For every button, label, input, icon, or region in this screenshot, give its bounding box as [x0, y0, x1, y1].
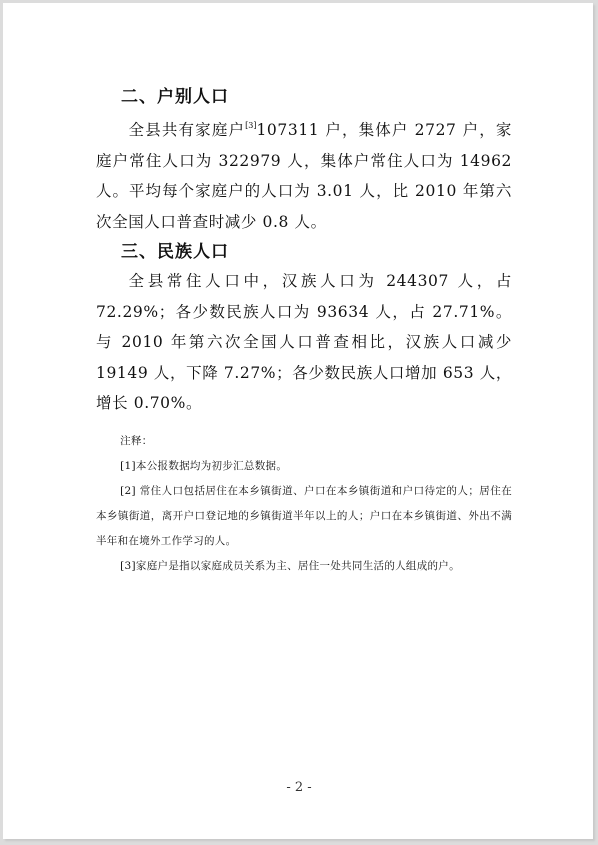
paragraph-ethnic: 全县常住人口中，汉族人口为 244307 人，占 72.29%；各少数民族人口为… — [96, 266, 512, 419]
section-heading-household: 二、户别人口 — [121, 82, 229, 107]
note-item-1: [1]本公报数据均为初步汇总数据。 — [96, 454, 512, 479]
notes-section: 注释： [1]本公报数据均为初步汇总数据。 [2] 常住人口包括居住在本乡镇街道… — [96, 429, 512, 579]
paragraph-household: 全县共有家庭户[3]107311 户，集体户 2727 户，家庭户常住人口为 3… — [96, 111, 512, 237]
note-item-3: [3]家庭户是指以家庭成员关系为主、居住一处共同生活的人组成的户。 — [96, 554, 512, 579]
footnote-ref-3: [3] — [245, 121, 256, 130]
notes-title: 注释： — [96, 429, 512, 454]
page-number: - 2 - — [0, 780, 598, 795]
section-heading-ethnic: 三、民族人口 — [121, 237, 229, 262]
note-item-2: [2] 常住人口包括居住在本乡镇街道、户口在本乡镇街道和户口待定的人；居住在本乡… — [96, 479, 512, 554]
document-page: 二、户别人口 全县共有家庭户[3]107311 户，集体户 2727 户，家庭户… — [3, 3, 593, 839]
paragraph-household-start: 全县共有家庭户 — [129, 121, 246, 139]
